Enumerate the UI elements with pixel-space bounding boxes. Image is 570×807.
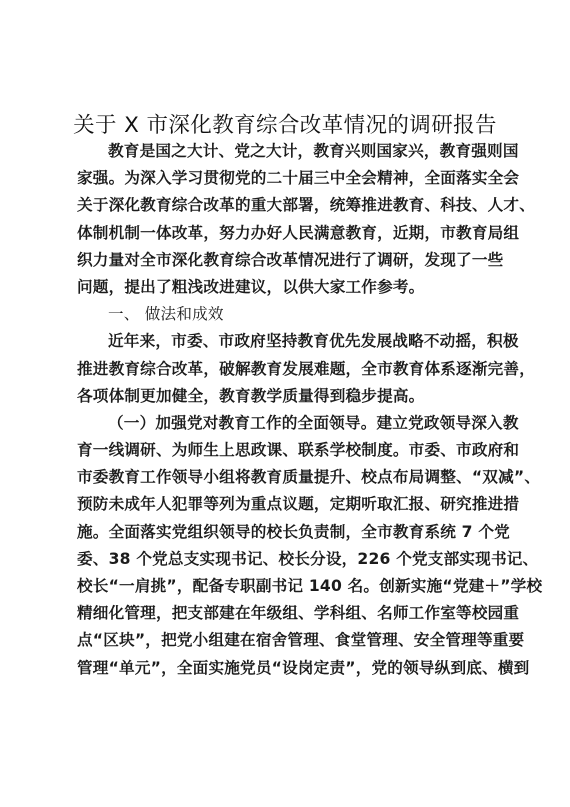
paragraph-line: 预防未成年人犯罪等列为重点议题，定期听取汇报、研究推进措 (77, 491, 497, 518)
paragraph-line: 各项体制更加健全，教育教学质量得到稳步提高。 (77, 383, 497, 410)
document-page: 关于 X 市深化教育综合改革情况的调研报告 教育是国之大计、党之大计，教育兴则国… (0, 0, 570, 807)
paragraph-line: 问题，提出了粗浅改进建议，以供大家工作参考。 (77, 274, 497, 301)
paragraph-line: 近年来，市委、市政府坚持教育优先发展战略不动摇，积极 (77, 328, 497, 355)
paragraph-line: 育一线调研、为师生上思政课、联系学校制度。市委、市政府和 (77, 437, 497, 464)
paragraph-line: 管理“单元”，全面实施党员“设岗定责”，党的领导纵到底、横到 (77, 655, 497, 682)
paragraph-line: 教育是国之大计、党之大计，教育兴则国家兴，教育强则国 (77, 138, 497, 165)
paragraph-line: 施。全面落实党组织领导的校长负责制，全市教育系统 7 个党 (77, 519, 497, 546)
paragraph-line: 织力量对全市深化教育综合改革情况进行了调研，发现了一些 (77, 247, 497, 274)
paragraph-line: 家强。为深入学习贯彻党的二十届三中全会精神，全面落实全会 (77, 165, 497, 192)
section-heading: 一、 做法和成效 (77, 301, 497, 328)
paragraph-line: 推进教育综合改革，破解教育发展难题，全市教育体系逐渐完善， (77, 356, 497, 383)
subsection-line: （一）加强党对教育工作的全面领导。建立党政领导深入教 (77, 410, 497, 437)
paragraph-line: 点“区块”，把党小组建在宿舍管理、食堂管理、安全管理等重要 (77, 627, 497, 654)
paragraph-line: 体制机制一体改革，努力办好人民满意教育，近期，市教育局组 (77, 220, 497, 247)
paragraph-line: 委、38 个党总支实现书记、校长分设，226 个党支部实现书记、 (77, 546, 497, 573)
document-body: 教育是国之大计、党之大计，教育兴则国家兴，教育强则国 家强。为深入学习贯彻党的二… (77, 138, 497, 682)
paragraph-line: 精细化管理，把支部建在年级组、学科组、名师工作室等校园重 (77, 600, 497, 627)
document-title: 关于 X 市深化教育综合改革情况的调研报告 (0, 108, 570, 139)
paragraph-line: 校长“一肩挑”，配备专职副书记 140 名。创新实施“党建＋”学校 (77, 573, 497, 600)
paragraph-line: 关于深化教育综合改革的重大部署，统筹推进教育、科技、人才、 (77, 192, 497, 219)
paragraph-line: 市委教育工作领导小组将教育质量提升、校点布局调整、“双减”、 (77, 464, 497, 491)
